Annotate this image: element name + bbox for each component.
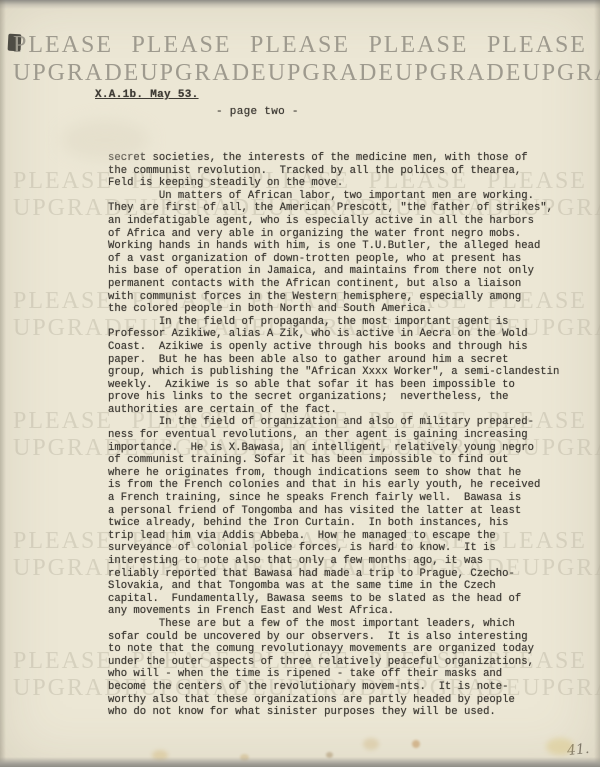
- watermark-word: UPGRADE: [268, 60, 395, 87]
- ink-mark: [8, 34, 22, 52]
- paragraph: In the field of propaganda, the most imp…: [108, 316, 578, 417]
- watermark-word: PLEASE: [250, 32, 350, 59]
- typed-body: secret societies, the interests of the m…: [108, 152, 578, 719]
- document-reference: X.A.1b. May 53.: [95, 89, 199, 101]
- watermark-word: PLEASE: [368, 32, 468, 59]
- stain: [363, 738, 379, 750]
- watermark-word: PLEASE: [487, 32, 587, 59]
- watermark-word: UPGRADE: [140, 60, 267, 87]
- watermark-word: UPGRADE: [395, 60, 522, 87]
- watermark-row-upgrade-strong: UPGRADEUPGRADEUPGRADEUPGRADEUPGRADE: [13, 60, 587, 87]
- scan-edge-left: [0, 0, 6, 767]
- paragraph: secret societies, the interests of the m…: [108, 152, 578, 190]
- scan-edge-bottom: [0, 757, 600, 767]
- page-label: - page two -: [216, 106, 299, 118]
- paragraph: These are but a few of the most importan…: [108, 618, 578, 719]
- watermark-word: PLEASE: [131, 32, 231, 59]
- watermark-word: PLEASE: [13, 408, 113, 435]
- watermark-word: UPGRADE: [522, 60, 600, 87]
- scan-edge-top: [0, 0, 600, 9]
- watermark-word: PLEASE: [13, 528, 113, 555]
- watermark-word: PLEASE: [13, 648, 113, 675]
- scanned-document-page: PLEASEPLEASEPLEASEPLEASEPLEASEUPGRADEUPG…: [0, 0, 600, 767]
- stain: [412, 740, 420, 748]
- watermark-word: PLEASE: [13, 32, 113, 59]
- scan-edge-right: [594, 0, 600, 767]
- watermark-row-please-strong: PLEASEPLEASEPLEASEPLEASEPLEASE: [13, 32, 587, 59]
- watermark-word: PLEASE: [13, 168, 113, 195]
- watermark-word: UPGRADE: [13, 60, 140, 87]
- paragraph: Un matters of African labor, two importa…: [108, 190, 578, 316]
- paragraph: In the field of organization and also of…: [108, 416, 578, 618]
- watermark-word: PLEASE: [13, 288, 113, 315]
